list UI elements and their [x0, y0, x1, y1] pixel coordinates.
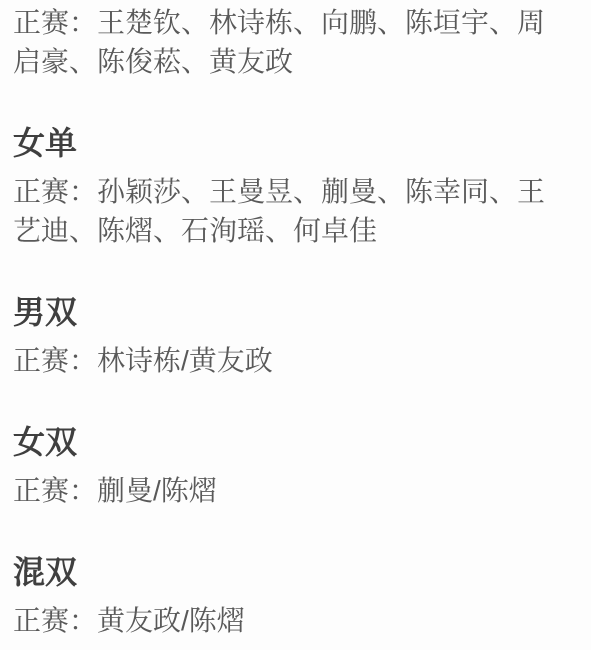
section-heading-womens-doubles: 女双 — [13, 418, 563, 466]
article-page: 正赛：王楚钦、林诗栋、向鹏、陈垣宇、周启豪、陈俊菘、黄友政 女单 正赛：孙颖莎、… — [0, 0, 591, 650]
mens-singles-main-draw-list: 正赛：王楚钦、林诗栋、向鹏、陈垣宇、周启豪、陈俊菘、黄友政 — [13, 3, 563, 81]
womens-singles-main-draw-list: 正赛：孙颖莎、王曼昱、蒯曼、陈幸同、王艺迪、陈熠、石洵瑶、何卓佳 — [13, 172, 563, 250]
section-heading-mens-doubles: 男双 — [13, 288, 563, 336]
mens-doubles-main-draw-list: 正赛：林诗栋/黄友政 — [13, 341, 563, 380]
section-heading-mixed-doubles: 混双 — [13, 548, 563, 596]
mixed-doubles-main-draw-list: 正赛：黄友政/陈熠 — [13, 601, 563, 640]
womens-doubles-main-draw-list: 正赛：蒯曼/陈熠 — [13, 471, 563, 510]
section-heading-womens-singles: 女单 — [13, 119, 563, 167]
article-body: 正赛：王楚钦、林诗栋、向鹏、陈垣宇、周启豪、陈俊菘、黄友政 女单 正赛：孙颖莎、… — [13, 3, 563, 640]
